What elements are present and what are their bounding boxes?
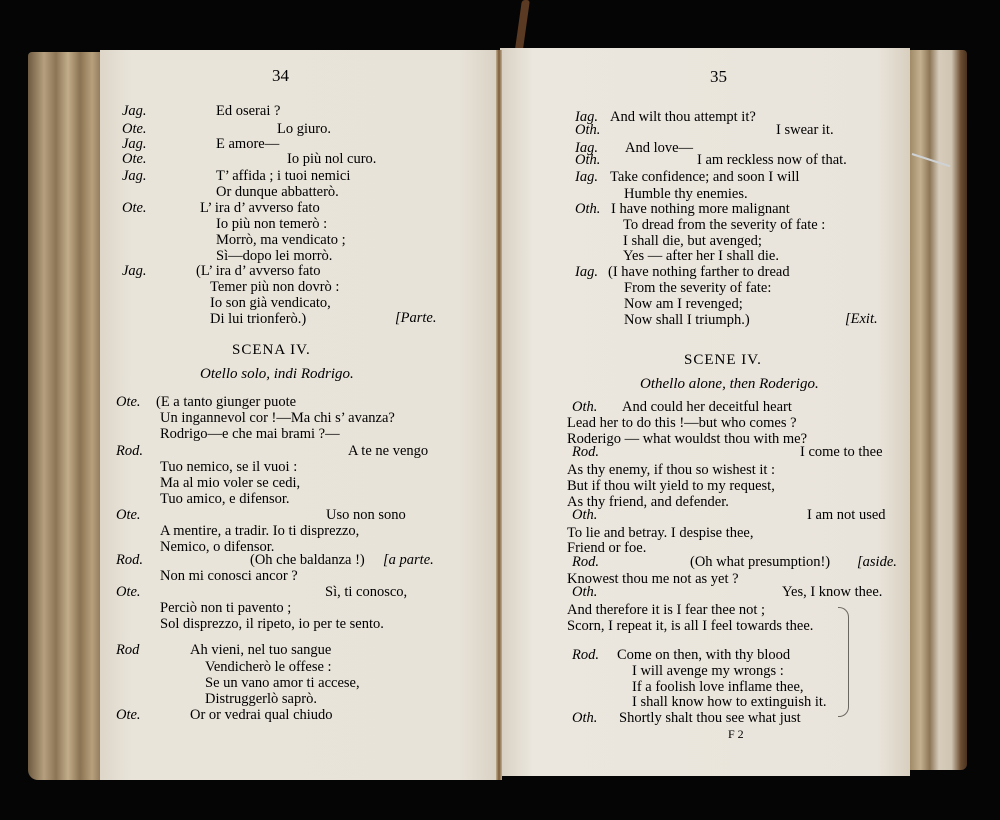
speaker-label: Iag. (575, 264, 598, 281)
dialogue-line: Now shall I triumph.) (624, 312, 750, 329)
dialogue-line: Sì, ti conosco, (325, 584, 407, 601)
speaker-label: Oth. (572, 399, 597, 416)
dialogue-line: Shortly shalt thou see what just (619, 710, 801, 727)
dialogue-line: Yes — after her I shall die. (623, 248, 779, 265)
scene-subtitle-right: Othello alone, then Roderigo. (640, 376, 819, 393)
dialogue-line: Tuo nemico, se il vuoi : (160, 459, 297, 476)
dialogue-line: Di lui trionferò.) (210, 311, 306, 328)
speaker-label: Jag. (122, 168, 147, 185)
page-number-right: 35 (710, 67, 727, 87)
dialogue-line: Ah vieni, nel tuo sangue (190, 642, 331, 659)
left-page-block-edge (28, 52, 108, 780)
dialogue-line: Or or vedrai qual chiudo (190, 707, 333, 724)
dialogue-line: A mentire, a tradir. Io ti disprezzo, (160, 523, 359, 540)
dialogue-line: Io più non temerò : (216, 216, 327, 233)
dialogue-line: Io son già vendicato, (210, 295, 331, 312)
speaker-label: Oth. (575, 122, 600, 139)
scene-title-right: SCENE IV. (684, 352, 762, 369)
dialogue-line: E amore— (216, 136, 279, 153)
dialogue-line: Ma al mio voler se cedi, (160, 475, 300, 492)
speaker-label: Rod. (572, 554, 599, 571)
dialogue-line: Scorn, I repeat it, is all I feel toward… (567, 618, 813, 635)
dialogue-line: Yes, I know thee. (782, 584, 882, 601)
dialogue-line: Ed oserai ? (216, 103, 280, 120)
dialogue-line: Sol disprezzo, il ripeto, io per te sent… (160, 616, 384, 633)
dialogue-line: Roderigo — what wouldst thou with me? (567, 431, 807, 448)
dialogue-line: As thy enemy, if thou so wishest it : (567, 462, 775, 479)
stage-direction-exit-left: [Parte. (395, 310, 436, 327)
speaker-label: Oth. (575, 201, 600, 218)
page-number-left: 34 (272, 66, 289, 86)
stage-direction-aside-right: [aside. (857, 554, 897, 571)
dialogue-line: Now am I revenged; (624, 296, 743, 313)
speaker-label: Rod. (116, 443, 143, 460)
dialogue-line: I will avenge my wrongs : (632, 663, 784, 680)
dialogue-line: Temer più non dovrò : (210, 279, 339, 296)
dialogue-line: (Oh che baldanza !) (250, 552, 365, 569)
dialogue-line: Distruggerlò saprò. (205, 691, 317, 708)
dialogue-line: I swear it. (776, 122, 834, 139)
dialogue-line: Perciò non ti pavento ; (160, 600, 291, 617)
book-gutter (496, 50, 502, 780)
right-page-block-edge (905, 50, 967, 770)
speaker-label: Rod. (572, 647, 599, 664)
speaker-label: Rod. (572, 444, 599, 461)
dialogue-line: Uso non sono (326, 507, 406, 524)
dialogue-line: T’ affida ; i tuoi nemici (216, 168, 350, 185)
dialogue-line: And could her deceitful heart (622, 399, 792, 416)
speaker-label: Ote. (122, 151, 147, 168)
dialogue-line: (I have nothing farther to dread (608, 264, 790, 281)
dialogue-line: I have nothing more malignant (611, 201, 790, 218)
dialogue-line: (L’ ira d’ avverso fato (196, 263, 321, 280)
speaker-label: Oth. (572, 584, 597, 601)
dialogue-line: Lo giuro. (277, 121, 331, 138)
speaker-label: Rod. (116, 552, 143, 569)
speaker-label: Rod (116, 642, 139, 659)
speaker-label: Ote. (116, 707, 141, 724)
dialogue-line: I shall know how to extinguish it. (632, 694, 827, 711)
speaker-label: Ote. (122, 200, 147, 217)
signature-mark: F 2 (728, 727, 744, 742)
dialogue-line: Vendicherò le offese : (205, 659, 332, 676)
speaker-label: Ote. (116, 394, 141, 411)
dialogue-line: Morrò, ma vendicato ; (216, 232, 346, 249)
speaker-label: Iag. (575, 169, 598, 186)
dialogue-line: L’ ira d’ avverso fato (200, 200, 320, 217)
dialogue-line: Non mi conosci ancor ? (160, 568, 298, 585)
dialogue-line: But if thou wilt yield to my request, (567, 478, 775, 495)
dialogue-line: (Oh what presumption!) (690, 554, 830, 571)
dialogue-line: Io più nol curo. (287, 151, 376, 168)
dialogue-line: To dread from the severity of fate : (623, 217, 825, 234)
dialogue-line: And therefore it is I fear thee not ; (567, 602, 765, 619)
dialogue-line: I am not used (807, 507, 886, 524)
stage-direction-exit-right: [Exit. (845, 311, 878, 328)
dialogue-line: Rodrigo—e che mai brami ?— (160, 426, 340, 443)
dialogue-line: I come to thee (800, 444, 883, 461)
verse-bracket (838, 607, 849, 717)
dialogue-line: Tuo amico, e difensor. (160, 491, 290, 508)
dialogue-line: Take confidence; and soon I will (610, 169, 799, 186)
scene-subtitle-left: Otello solo, indi Rodrigo. (200, 366, 354, 383)
dialogue-line: Se un vano amor ti accese, (205, 675, 360, 692)
dialogue-line: From the severity of fate: (624, 280, 771, 297)
speaker-label: Ote. (116, 507, 141, 524)
speaker-label: Oth. (572, 710, 597, 727)
dialogue-line: Or dunque abbatterò. (216, 184, 339, 201)
speaker-label: Jag. (122, 263, 147, 280)
speaker-label: Oth. (575, 152, 600, 169)
dialogue-line: A te ne vengo (348, 443, 428, 460)
dialogue-line: Un ingannevol cor !—Ma chi s’ avanza? (160, 410, 395, 427)
dialogue-line: And wilt thou attempt it? (610, 109, 756, 126)
dialogue-line: I am reckless now of that. (697, 152, 847, 169)
dialogue-line: Come on then, with thy blood (617, 647, 790, 664)
dialogue-line: (E a tanto giunger puote (156, 394, 296, 411)
dialogue-line: And love— (625, 140, 693, 157)
speaker-label: Ote. (116, 584, 141, 601)
dialogue-line: Lead her to do this !—but who comes ? (567, 415, 797, 432)
speaker-label: Jag. (122, 103, 147, 120)
speaker-label: Oth. (572, 507, 597, 524)
stage-direction-aside-left: [a parte. (383, 552, 434, 569)
scene-title-left: SCENA IV. (232, 342, 311, 359)
